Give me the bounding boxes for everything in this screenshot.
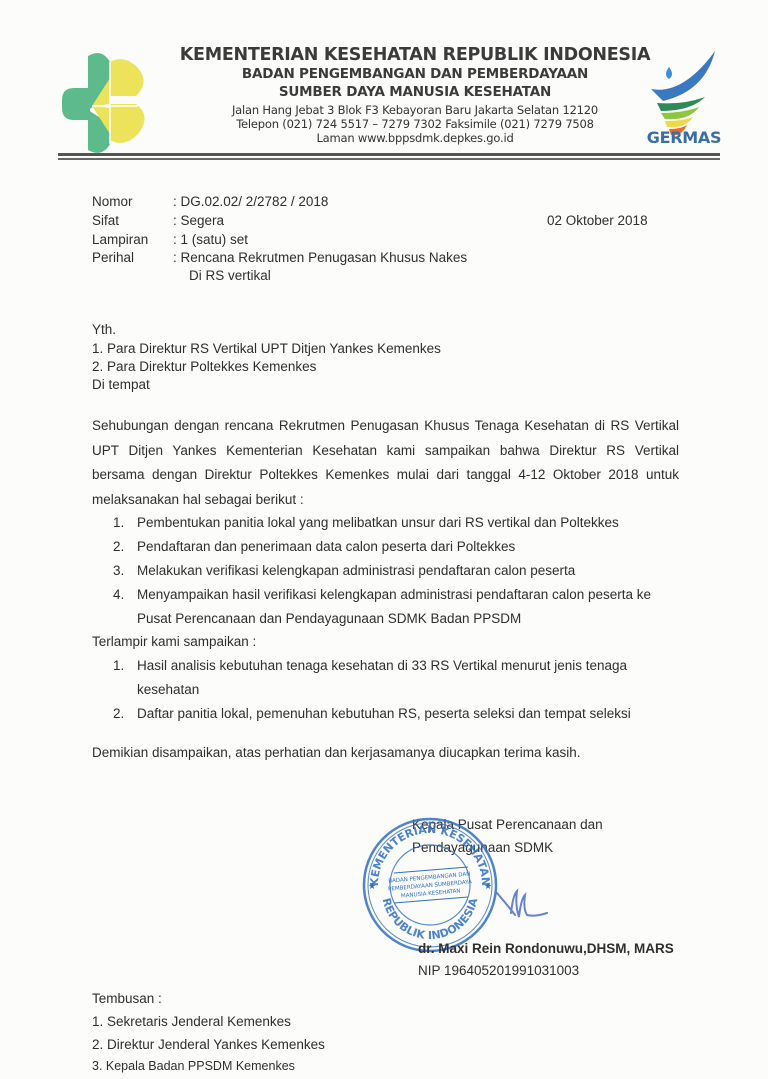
- perihal-label: Perihal: [92, 250, 134, 265]
- task-number: 3.: [113, 563, 124, 578]
- cc-item: 1. Sekretaris Jenderal Kemenkes: [92, 1014, 291, 1029]
- ministry-title: KEMENTERIAN KESEHATAN REPUBLIK INDONESIA: [160, 45, 670, 65]
- salutation: Yth.: [92, 322, 116, 337]
- attachments-intro: Terlampir kami sampaikan :: [92, 634, 256, 649]
- body-paragraph-line: melaksanakan hal sebagai berikut :: [92, 492, 679, 507]
- task-number: 1.: [113, 515, 124, 530]
- perihal-value-cont: Di RS vertikal: [189, 268, 271, 283]
- sifat-value: : Segera: [173, 213, 224, 228]
- body-paragraph-line: bersama dengan Direktur Poltekkes Kemenk…: [92, 467, 679, 482]
- attachment-item: Hasil analisis kebutuhan tenaga kesehata…: [137, 658, 627, 673]
- agency-address: Jalan Hang Jebat 3 Blok F3 Kebayoran Bar…: [160, 103, 670, 117]
- task-number: 2.: [113, 539, 124, 554]
- perihal-value: : Rencana Rekrutmen Penugasan Khusus Nak…: [173, 250, 467, 265]
- cc-item: 2. Direktur Jenderal Yankes Kemenkes: [92, 1037, 325, 1052]
- lampiran-value: : 1 (satu) set: [173, 232, 248, 247]
- agency-phone: Telepon (021) 724 5517 – 7279 7302 Faksi…: [160, 117, 670, 131]
- sifat-label: Sifat: [92, 213, 119, 228]
- cc-item: 3. Kepala Badan PPSDM Kemenkes: [92, 1059, 295, 1073]
- signatory-name: dr. Maxi Rein Rondonuwu,DHSM, MARS: [418, 941, 674, 956]
- addressee-place: Di tempat: [92, 377, 150, 392]
- attachment-number: 1.: [113, 658, 124, 673]
- body-paragraph-line: UPT Ditjen Yankes Kementerian Kesehatan …: [92, 443, 679, 458]
- lampiran-label: Lampiran: [92, 232, 148, 247]
- agency-name-line1: BADAN PENGEMBANGAN DAN PEMBERDAYAAN: [160, 66, 670, 82]
- agency-website: Laman www.bppsdmk.depkes.go.id: [160, 131, 670, 145]
- nomor-value: : DG.02.02/ 2/2782 / 2018: [173, 194, 328, 209]
- task-item: Pembentukan panitia lokal yang melibatka…: [137, 515, 619, 530]
- closing-sentence: Demikian disampaikan, atas perhatian dan…: [92, 745, 581, 760]
- recipient-item: 1. Para Direktur RS Vertikal UPT Ditjen …: [92, 341, 441, 356]
- attachment-item: Daftar panitia lokal, pemenuhan kebutuha…: [137, 706, 631, 721]
- task-item: Melakukan verifikasi kelengkapan adminis…: [137, 563, 575, 578]
- nomor-label: Nomor: [92, 194, 133, 209]
- svg-text:★: ★: [368, 881, 376, 891]
- kemenkes-logo-icon: [58, 48, 154, 158]
- agency-name-line2: SUMBER DAYA MANUSIA KESEHATAN: [160, 84, 670, 100]
- body-paragraph-line: Sehubungan dengan rencana Rekrutmen Penu…: [92, 418, 679, 433]
- letterhead-divider-thin: [58, 158, 720, 160]
- official-stamp-icon: KEMENTERIAN KESEHATAN REPUBLIK INDONESIA…: [360, 815, 500, 955]
- task-item: Menyampaikan hasil verifikasi kelengkapa…: [137, 587, 651, 602]
- letter-date: 02 Oktober 2018: [547, 213, 648, 228]
- handwritten-signature-icon: [495, 885, 555, 925]
- attachment-number: 2.: [113, 706, 124, 721]
- attachment-item-cont: kesehatan: [137, 682, 199, 697]
- letterhead-divider: [58, 153, 720, 156]
- recipient-item: 2. Para Direktur Poltekkes Kemenkes: [92, 359, 316, 374]
- svg-text:★: ★: [484, 881, 492, 891]
- signatory-nip: NIP 196405201991031003: [418, 963, 579, 978]
- cc-label: Tembusan :: [92, 991, 162, 1006]
- task-item: Pendaftaran dan penerimaan data calon pe…: [137, 539, 515, 554]
- task-item-cont: Pusat Perencanaan dan Pendayagunaan SDMK…: [137, 611, 521, 626]
- task-number: 4.: [113, 587, 124, 602]
